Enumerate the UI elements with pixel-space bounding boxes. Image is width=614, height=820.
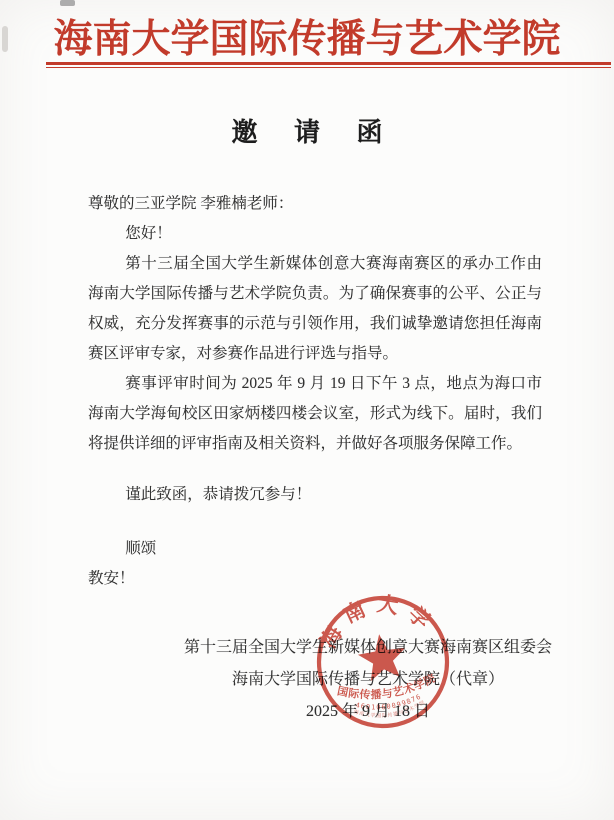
body-paragraph-1: 第十三届全国大学生新媒体创意大赛海南赛区的承办工作由海南大学国际传播与艺术学院负… bbox=[88, 249, 542, 369]
letter-title: 邀 请 函 bbox=[0, 112, 614, 149]
letterhead-divider bbox=[46, 62, 611, 68]
official-seal-graphic: 海南大学 国际传播与艺术学院 4601060099876 海南大学国际传播与艺术… bbox=[305, 584, 461, 740]
invitation-letter-page: 海南大学国际传播与艺术学院 邀 请 函 尊敬的三亚学院 李雅楠老师： 您好！ 第… bbox=[0, 0, 614, 820]
closing-line: 谨此致函，恭请拨冗参与！ bbox=[88, 480, 542, 510]
letterhead-institution: 海南大学国际传播与艺术学院 bbox=[0, 8, 614, 64]
regards-word-line: 教安！ bbox=[88, 564, 542, 594]
body-paragraph-2: 赛事评审时间为 2025 年 9 月 19 日下午 3 点，地点为海口市海南大学… bbox=[88, 369, 542, 459]
greeting-line: 您好！ bbox=[88, 219, 542, 249]
salutation-line: 尊敬的三亚学院 李雅楠老师： bbox=[88, 189, 542, 219]
letter-body: 尊敬的三亚学院 李雅楠老师： 您好！ 第十三届全国大学生新媒体创意大赛海南赛区的… bbox=[88, 189, 542, 594]
scan-artifact bbox=[60, 0, 75, 6]
regards-lead-line: 顺颂 bbox=[88, 534, 542, 564]
seal-star-icon bbox=[356, 631, 409, 682]
official-seal: 海南大学 国际传播与艺术学院 4601060099876 海南大学国际传播与艺术… bbox=[305, 584, 461, 740]
